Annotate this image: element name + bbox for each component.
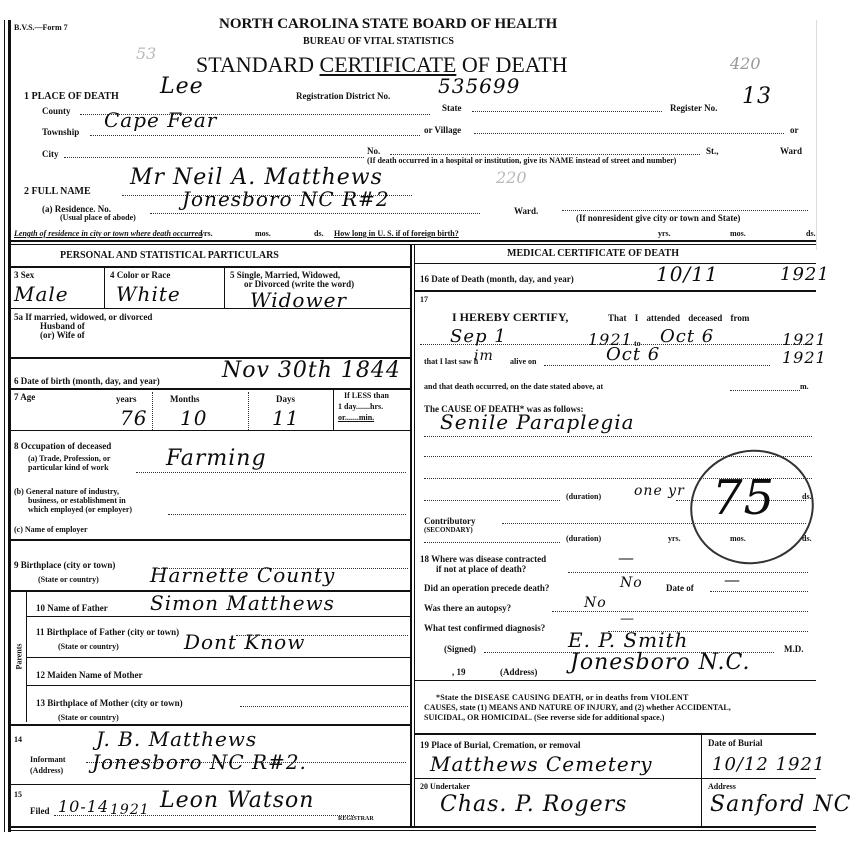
- length-ds-label: ds.: [314, 229, 324, 238]
- divider: [26, 616, 410, 617]
- death-occurred-label: and that death occurred, on the date sta…: [424, 382, 603, 391]
- date-of-label: Date of: [666, 583, 694, 593]
- full-name-label: 2 FULL NAME: [24, 186, 91, 197]
- foreign-ds-label: ds.: [806, 229, 816, 238]
- agency-title: NORTH CAROLINA STATE BOARD OF HEALTH: [219, 16, 557, 33]
- place-of-death-value: Lee: [160, 74, 204, 99]
- burial-place-label: 19 Place of Burial, Cremation, or remova…: [420, 740, 580, 750]
- alive-on-label: alive on: [510, 357, 536, 366]
- date-of-value: —: [724, 570, 741, 589]
- divider: [8, 830, 816, 831]
- nineteen-label: , 19: [452, 667, 466, 677]
- register-no-label: Register No.: [670, 103, 717, 113]
- informant-address-label: (Address): [30, 766, 63, 775]
- duration2-mos-label: mos.: [730, 534, 746, 543]
- divider: [414, 680, 816, 681]
- burial-place-value: Matthews Cemetery: [430, 752, 653, 776]
- burial-date-label: Date of Burial: [708, 738, 763, 748]
- test-label: What test confirmed diagnosis?: [424, 623, 545, 633]
- filed-label: Filed: [30, 806, 50, 816]
- divider: [8, 784, 410, 785]
- last-saw-pronoun: im: [474, 348, 494, 364]
- hospital-note: (If death occurred in a hospital or inst…: [367, 156, 676, 165]
- place-of-death-label: 1 PLACE OF DEATH: [24, 91, 119, 102]
- foreign-birth-label: How long in U. S. if of foreign birth?: [334, 229, 459, 238]
- faint-annotation-right: 420: [730, 54, 761, 73]
- informant-number: 14: [14, 735, 22, 744]
- divider: [26, 685, 410, 686]
- divider: [152, 392, 153, 430]
- certify-lead: I HEREBY CERTIFY,: [452, 310, 568, 325]
- form-id: B.V.S.—Form 7: [14, 23, 68, 32]
- filed-number: 15: [14, 790, 22, 799]
- trade-value: Farming: [166, 446, 267, 471]
- informant-value: J. B. Matthews: [96, 727, 257, 751]
- mother-birthplace-state-label: (State or country): [58, 713, 119, 722]
- duration2-yrs-label: yrs.: [668, 534, 681, 543]
- last-saw-label: that I last saw h: [424, 357, 478, 366]
- divider: [104, 266, 105, 308]
- filed-date-value: 10-14: [58, 797, 109, 816]
- last-saw-date: Oct 6: [606, 344, 660, 365]
- dod-year-value: 1921: [780, 264, 830, 285]
- residence-value: Jonesboro NC R#2: [182, 187, 390, 211]
- contracted-label-2: if not at place of death?: [436, 564, 526, 574]
- registrar-value: Leon Watson: [160, 788, 314, 813]
- divider: [414, 778, 816, 779]
- race-label: 4 Color or Race: [110, 270, 170, 280]
- contributory-label: Contributory: [424, 516, 476, 526]
- trade-label-2: particular kind of work: [28, 463, 109, 472]
- length-yrs-label: yrs.: [200, 229, 213, 238]
- footnote-line-2: CAUSES, state (1) MEANS AND NATURE OF IN…: [424, 703, 731, 712]
- divider: [8, 266, 410, 268]
- father-birthplace-state-label: (State or country): [58, 642, 119, 651]
- less-than-label-1: If LESS than: [344, 391, 389, 400]
- divider: [8, 388, 410, 390]
- father-birthplace-label: 11 Birthplace of Father (city or town): [36, 627, 179, 637]
- personal-section-title: PERSONAL AND STATISTICAL PARTICULARS: [60, 250, 279, 261]
- township-label: Township: [42, 127, 79, 137]
- attended-from-date: Sep 1: [450, 326, 507, 347]
- column-divider: [414, 244, 415, 828]
- divider: [8, 244, 816, 245]
- divider: [8, 724, 410, 726]
- months-label: Months: [170, 394, 200, 404]
- street-no-label: No.: [367, 146, 380, 156]
- nonresident-note: (If nonresident give city or town and St…: [576, 213, 740, 223]
- duration2-label: (duration): [566, 534, 601, 543]
- village-label: or Village: [424, 125, 461, 135]
- physician-address-label: (Address): [500, 667, 537, 677]
- state-label: State: [442, 103, 462, 113]
- duration-value: one yr: [634, 483, 685, 499]
- industry-label-2: business, or establishment in: [28, 496, 126, 505]
- form-left-border-inner: [4, 20, 5, 832]
- signed-label: (Signed): [444, 644, 476, 654]
- attended-to-date: Oct 6: [660, 326, 714, 347]
- ward-label-2: Ward.: [514, 206, 538, 216]
- secondary-label: (SECONDARY): [424, 526, 473, 534]
- father-birthplace-value: Dont Know: [184, 630, 305, 654]
- column-divider: [410, 244, 412, 828]
- cause-of-death-value: Senile Paraplegia: [440, 410, 635, 434]
- autopsy-label: Was there an autopsy?: [424, 603, 511, 613]
- divider: [8, 539, 410, 541]
- contracted-value: —: [618, 548, 635, 567]
- length-mos-label: mos.: [255, 229, 271, 238]
- divider: [8, 308, 410, 309]
- undertaker-address-label: Address: [708, 782, 736, 791]
- informant-label: Informant: [30, 755, 66, 764]
- street-label: St.,: [706, 146, 719, 156]
- divider: [248, 392, 249, 430]
- months-value: 10: [180, 406, 207, 430]
- age-label: 7 Age: [14, 392, 35, 402]
- undertaker-value: Chas. P. Rogers: [440, 792, 627, 817]
- foreign-yrs-label: yrs.: [658, 229, 671, 238]
- dod-value: 10/11: [656, 262, 719, 286]
- registration-district-value: 535699: [438, 74, 520, 98]
- industry-label-1: (b) General nature of industry,: [14, 487, 119, 496]
- mother-label: 12 Maiden Name of Mother: [36, 670, 142, 680]
- register-no-value: 13: [742, 84, 772, 109]
- physician-address-value: Jonesboro N.C.: [570, 650, 751, 675]
- faint-annotation-left: 53: [136, 44, 156, 63]
- divider: [26, 657, 410, 658]
- undertaker-address-value: Sanford NC: [710, 792, 850, 817]
- circled-annotation-value: 75: [712, 470, 775, 526]
- footnote-line-3: SUICIDAL, OR HOMICIDAL. (See reverse sid…: [424, 713, 664, 722]
- form-left-border: [8, 20, 11, 832]
- divider: [414, 290, 816, 292]
- contracted-label-1: 18 Where was disease contracted: [420, 554, 546, 564]
- divider: [224, 266, 225, 308]
- dob-label: 6 Date of birth (month, day, and year): [14, 376, 160, 386]
- less-than-label-2: 1 day.......hrs.: [338, 402, 383, 411]
- faint-annotation-name: 220: [496, 168, 527, 187]
- parents-label: Parents: [15, 643, 24, 669]
- informant-address-value: Jonesboro NC R#2.: [92, 750, 307, 774]
- divider: [8, 240, 816, 242]
- bureau-title: BUREAU OF VITAL STATISTICS: [303, 36, 454, 47]
- trade-label-1: (a) Trade, Profession, or: [28, 454, 110, 463]
- m-label: m.: [800, 382, 809, 391]
- spouse-label-3: (or) Wife of: [40, 330, 85, 340]
- or-label: or: [790, 125, 799, 135]
- md-label: M.D.: [784, 644, 804, 654]
- item-17: 17: [420, 295, 428, 304]
- birthplace-value: Harnette County: [150, 563, 335, 587]
- father-label: 10 Name of Father: [36, 603, 108, 613]
- divider: [414, 733, 816, 735]
- registrar-label: REGISTRAR: [338, 816, 374, 822]
- undertaker-label: 20 Undertaker: [420, 782, 470, 791]
- autopsy-value: No: [584, 595, 607, 611]
- last-saw-year: 1921: [782, 348, 827, 367]
- dob-value: Nov 30th 1844: [222, 358, 401, 383]
- registration-district-label: Registration District No.: [296, 91, 390, 101]
- length-of-residence-label: Length of residence in city or town wher…: [14, 229, 202, 238]
- duration2-ds-label: ds.: [802, 534, 812, 543]
- father-value: Simon Matthews: [150, 591, 335, 615]
- county-label: County: [42, 106, 71, 116]
- less-than-label-3: or.......min.: [338, 413, 374, 422]
- birthplace-state-label: (State or country): [38, 575, 99, 584]
- foreign-mos-label: mos.: [730, 229, 746, 238]
- birthplace-label: 9 Birthplace (city or town): [14, 560, 115, 570]
- employer-label: (c) Name of employer: [14, 525, 88, 534]
- days-label: Days: [276, 394, 295, 404]
- sex-value: Male: [14, 282, 69, 306]
- sex-label: 3 Sex: [14, 270, 34, 280]
- years-value: 76: [120, 406, 147, 430]
- attended-to-year: 1921: [782, 330, 827, 349]
- duration-label: (duration): [566, 492, 601, 501]
- mother-birthplace-label: 13 Birthplace of Mother (city or town): [36, 698, 183, 708]
- dod-label: 16 Date of Death (month, day, and year): [420, 274, 574, 284]
- residence-sublabel: (Usual place of abode): [60, 213, 136, 222]
- divider: [8, 430, 410, 431]
- operation-label: Did an operation precede death?: [424, 583, 549, 593]
- burial-date-value: 10/12 1921: [712, 754, 825, 775]
- township-value: Cape Fear: [104, 108, 217, 132]
- signed-value: E. P. Smith: [568, 628, 688, 652]
- years-label: years: [116, 394, 137, 404]
- medical-section-title: MEDICAL CERTIFICATE OF DEATH: [507, 248, 679, 259]
- race-value: White: [116, 282, 181, 306]
- city-label: City: [42, 149, 59, 159]
- test-value: —: [620, 611, 635, 627]
- days-value: 11: [272, 406, 299, 430]
- footnote-line-1: *State the DISEASE CAUSING DEATH, or in …: [436, 693, 689, 702]
- ward-label: Ward: [780, 146, 802, 156]
- divider: [701, 733, 702, 826]
- operation-value: No: [620, 575, 643, 591]
- certify-text: That I attended deceased from: [608, 313, 749, 323]
- divider: [333, 388, 334, 430]
- form-right-edge: [816, 20, 817, 250]
- industry-label-3: which employed (or employer): [28, 505, 132, 514]
- divider: [8, 826, 816, 828]
- divider: [414, 263, 816, 264]
- occupation-label: 8 Occupation of deceased: [14, 441, 111, 451]
